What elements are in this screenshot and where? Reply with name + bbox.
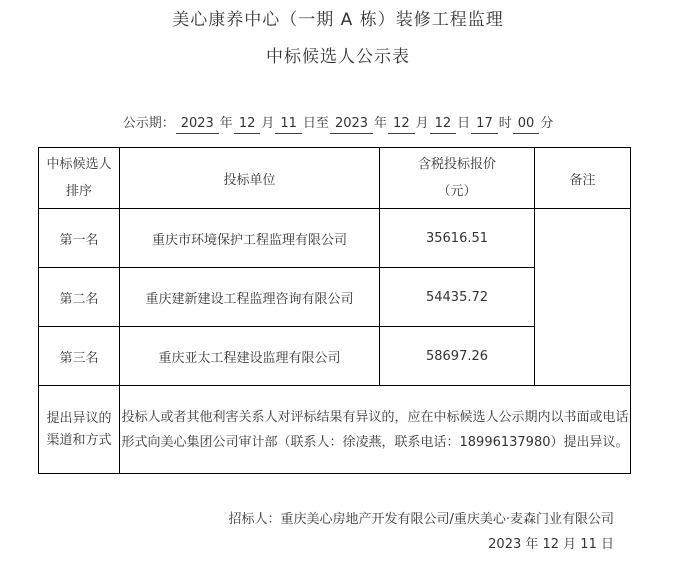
notice-period-line: 公示期：2023年12月11日至2023年12月12日17时00分 — [0, 115, 676, 134]
footer: 招标人：重庆美心房地产开发有限公司/重庆美心·麦森门业有限公司 2023 年 1… — [0, 512, 676, 552]
tenderer-line: 招标人：重庆美心房地产开发有限公司/重庆美心·麦森门业有限公司 — [0, 512, 614, 527]
notice-end-minute: 00 — [513, 115, 540, 134]
objection-label-line1: 提出异议的 — [39, 408, 119, 430]
table-row-1: 第一名 重庆市环境保护工程监理有限公司 35616.51 — [39, 209, 631, 268]
company-cell: 重庆市环境保护工程监理有限公司 — [120, 209, 380, 268]
price-cell: 35616.51 — [380, 209, 535, 268]
col-header-rank: 中标候选人 排序 — [39, 148, 120, 209]
notice-start-day: 11 — [275, 115, 302, 134]
objection-row: 提出异议的 渠道和方式 投标人或者其他利害关系人对评标结果有异议的，应在中标候选… — [39, 386, 631, 474]
hour-unit: 时 — [498, 115, 513, 133]
notice-end-month: 12 — [388, 115, 415, 134]
price-cell: 54435.72 — [380, 268, 535, 327]
notice-period-label: 公示期： — [122, 115, 176, 133]
col-header-bidder: 投标单位 — [120, 148, 380, 209]
rank-cell: 第二名 — [39, 268, 120, 327]
company-cell: 重庆亚太工程建设监理有限公司 — [120, 327, 380, 386]
month-unit: 月 — [260, 115, 275, 133]
notice-start-month: 12 — [234, 115, 261, 134]
page-subtitle: 中标候选人公示表 — [0, 46, 676, 68]
rank-cell: 第一名 — [39, 209, 120, 268]
minute-unit: 分 — [539, 115, 554, 133]
notice-end-hour: 17 — [471, 115, 498, 134]
rank-cell: 第三名 — [39, 327, 120, 386]
notice-end-day: 12 — [430, 115, 457, 134]
col-header-remark: 备注 — [535, 148, 631, 209]
remark-cell-merged — [535, 209, 631, 386]
objection-label-line2: 渠道和方式 — [39, 430, 119, 452]
objection-content-cell: 投标人或者其他利害关系人对评标结果有异议的，应在中标候选人公示期内以书面或电话形… — [120, 386, 631, 474]
objection-label-cell: 提出异议的 渠道和方式 — [39, 386, 120, 474]
candidates-table: 中标候选人 排序 投标单位 含税投标报价 （元） 备注 第一名 重庆市环境保护工… — [38, 147, 631, 474]
year-unit: 年 — [219, 115, 234, 133]
col-header-price-line1: 含税投标报价 — [380, 151, 534, 178]
col-header-price: 含税投标报价 （元） — [380, 148, 535, 209]
year-unit-2: 年 — [373, 115, 388, 133]
notice-start-year: 2023 — [176, 115, 219, 134]
page-title: 美心康养中心（一期 A 栋）装修工程监理 — [0, 9, 676, 31]
footer-date: 2023 年 12 月 11 日 — [0, 537, 614, 552]
col-header-price-line2: （元） — [380, 178, 534, 205]
day-to-unit: 日至 — [302, 115, 330, 133]
price-cell: 58697.26 — [380, 327, 535, 386]
col-header-rank-line2: 排序 — [39, 178, 119, 205]
day-unit: 日 — [456, 115, 471, 133]
notice-page: 美心康养中心（一期 A 栋）装修工程监理 中标候选人公示表 公示期：2023年1… — [0, 9, 676, 552]
table-header-row: 中标候选人 排序 投标单位 含税投标报价 （元） 备注 — [39, 148, 631, 209]
col-header-rank-line1: 中标候选人 — [39, 151, 119, 178]
company-cell: 重庆建新建设工程监理咨询有限公司 — [120, 268, 380, 327]
month-unit-2: 月 — [415, 115, 430, 133]
notice-end-year: 2023 — [330, 115, 373, 134]
